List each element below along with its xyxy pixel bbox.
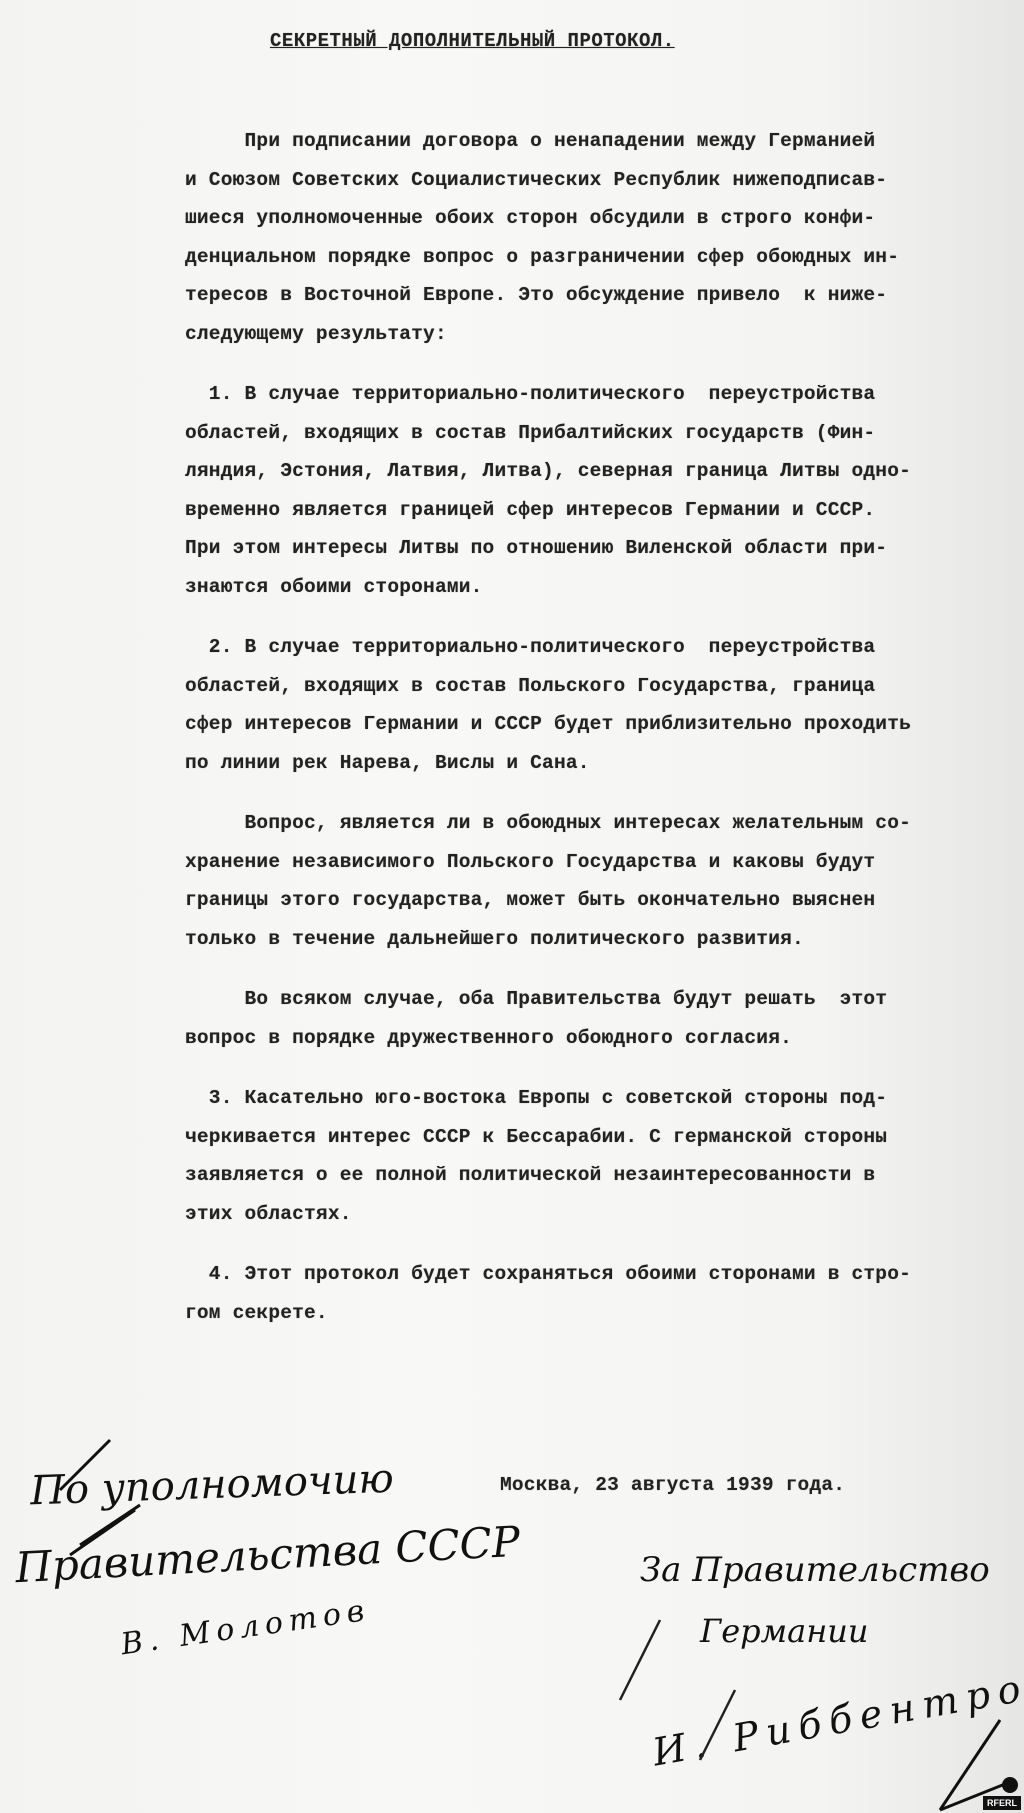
- signature-ribbentrop: И. Риббентроп: [649, 1659, 1024, 1774]
- signature-molotov: В. Молотов: [119, 1593, 372, 1663]
- document-line: границы этого государства, может быть ок…: [185, 889, 875, 911]
- document-line: областей, входящих в состав Прибалтийски…: [185, 422, 875, 444]
- document-line: Во всяком случае, оба Правительства буду…: [185, 988, 887, 1010]
- document-line: При этом интересы Литвы по отношению Вил…: [185, 537, 887, 559]
- document-line: только в течение дальнейшего политическо…: [185, 928, 804, 950]
- document-line: гом секрете.: [185, 1302, 328, 1324]
- document-line: черкивается интерес СССР к Бессарабии. С…: [185, 1126, 887, 1148]
- document-line: 2. В случае территориально-политического…: [185, 636, 875, 658]
- document-line: этих областях.: [185, 1203, 352, 1225]
- document-title: СЕКРЕТНЫЙ ДОПОЛНИТЕЛЬНЫЙ ПРОТОКОЛ.: [270, 30, 675, 52]
- document-page: СЕКРЕТНЫЙ ДОПОЛНИТЕЛЬНЫЙ ПРОТОКОЛ. При п…: [0, 0, 1024, 1813]
- document-line: заявляется о ее полной политической неза…: [185, 1164, 875, 1186]
- document-line: 1. В случае территориально-политического…: [185, 383, 875, 405]
- signature-left-line2: Правительства СССР: [14, 1517, 521, 1592]
- document-line: временно является границей сфер интересо…: [185, 499, 875, 521]
- document-line: ляндия, Эстония, Латвия, Литва), северна…: [185, 460, 911, 482]
- document-line: 3. Касательно юго-востока Европы с совет…: [185, 1087, 887, 1109]
- document-line: 4. Этот протокол будет сохраняться обоим…: [185, 1263, 911, 1285]
- document-line: знаются обоими сторонами.: [185, 576, 483, 598]
- document-line: и Союзом Советских Социалистических Респ…: [185, 169, 887, 191]
- place-date: Москва, 23 августа 1939 года.: [500, 1474, 845, 1496]
- document-line: областей, входящих в состав Польского Го…: [185, 675, 875, 697]
- document-line: сфер интересов Германии и СССР будет при…: [185, 713, 911, 735]
- document-line: денциальном порядке вопрос о разграничен…: [185, 246, 899, 268]
- document-line: При подписании договора о ненападении ме…: [185, 130, 875, 152]
- document-line: вопрос в порядке дружественного обоюдног…: [185, 1027, 792, 1049]
- document-line: шиеся уполномоченные обоих сторон обсуди…: [185, 207, 875, 229]
- watermark: RFERL: [983, 1796, 1021, 1810]
- document-line: следующему результату:: [185, 323, 447, 345]
- signature-left-line1: По уполномочию: [29, 1456, 394, 1515]
- signature-right-line2: Германии: [700, 1612, 869, 1650]
- document-line: по линии рек Нарева, Вислы и Сана.: [185, 752, 590, 774]
- document-line: Вопрос, является ли в обоюдных интересах…: [185, 812, 911, 834]
- document-line: хранение независимого Польского Государс…: [185, 851, 875, 873]
- signature-right-line1: За Правительство: [640, 1550, 990, 1590]
- document-line: тересов в Восточной Европе. Это обсужден…: [185, 284, 887, 306]
